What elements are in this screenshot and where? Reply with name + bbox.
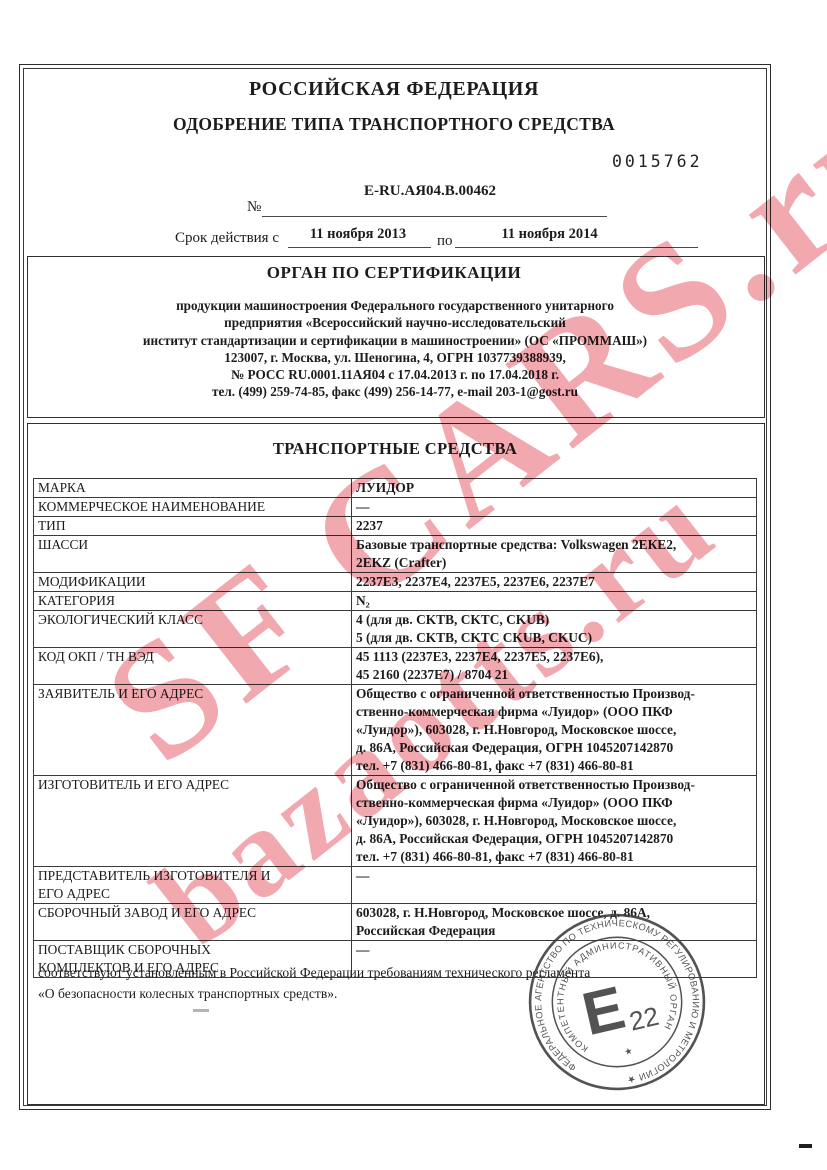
certification-body-line: тел. (499) 259-74-85, факс (499) 256-14-… xyxy=(40,383,750,400)
row-label: СБОРОЧНЫЙ ЗАВОД И ЕГО АДРЕС xyxy=(34,904,352,941)
table-row: КАТЕГОРИЯN₂ xyxy=(34,592,757,611)
validity-from-underline xyxy=(288,247,431,248)
table-row: МАРКАЛУИДОР xyxy=(34,479,757,498)
row-label: КОММЕРЧЕСКОЕ НАИМЕНОВАНИЕ xyxy=(34,498,352,517)
row-label: ШАССИ xyxy=(34,536,352,573)
scan-artifact-mark xyxy=(799,1144,812,1148)
country-title: РОССИЙСКАЯ ФЕДЕРАЦИЯ xyxy=(19,78,769,101)
table-row: КОММЕРЧЕСКОЕ НАИМЕНОВАНИЕ— xyxy=(34,498,757,517)
approval-number-label: № xyxy=(247,199,261,216)
vehicles-section-title: ТРАНСПОРТНЫЕ СРЕДСТВА xyxy=(27,439,763,459)
document-title: ОДОБРЕНИЕ ТИПА ТРАНСПОРТНОГО СРЕДСТВА xyxy=(19,114,769,135)
scan-artifact-dash xyxy=(193,1009,209,1012)
row-value: 4 (для дв. CKTB, CKTC, CKUB) 5 (для дв. … xyxy=(352,611,757,648)
row-value: Базовые транспортные средства: Volkswage… xyxy=(352,536,757,573)
certification-body-line: институт стандартизации и сертификации в… xyxy=(40,332,750,349)
table-row: МОДИФИКАЦИИ2237Е3, 2237Е4, 2237Е5, 2237Е… xyxy=(34,573,757,592)
table-row: КОД ОКП / ТН ВЭД45 1113 (2237Е3, 2237Е4,… xyxy=(34,648,757,685)
certification-body-line: № РОСС RU.0001.11АЯ04 с 17.04.2013 г. по… xyxy=(40,366,750,383)
certification-body-title: ОРГАН ПО СЕРТИФИКАЦИИ xyxy=(19,263,769,283)
row-label: КОД ОКП / ТН ВЭД xyxy=(34,648,352,685)
row-label: ИЗГОТОВИТЕЛЬ И ЕГО АДРЕС xyxy=(34,776,352,867)
row-label: ЗАЯВИТЕЛЬ И ЕГО АДРЕС xyxy=(34,685,352,776)
approval-number-value: E-RU.АЯ04.В.00462 xyxy=(255,183,605,200)
stamp-e-mark-number: 22 xyxy=(627,1001,662,1037)
row-label: ЭКОЛОГИЧЕСКИЙ КЛАСС xyxy=(34,611,352,648)
table-row: ТИП2237 xyxy=(34,517,757,536)
stamp-e-mark-letter: E xyxy=(576,973,631,1048)
row-label: МОДИФИКАЦИИ xyxy=(34,573,352,592)
form-serial-number: 0015762 xyxy=(612,152,703,171)
row-value: ЛУИДОР xyxy=(352,479,757,498)
table-row: ЗАЯВИТЕЛЬ И ЕГО АДРЕСОбщество с ограниче… xyxy=(34,685,757,776)
table-row: ИЗГОТОВИТЕЛЬ И ЕГО АДРЕСОбщество с огран… xyxy=(34,776,757,867)
validity-to-underline xyxy=(455,247,698,248)
validity-to-label: по xyxy=(437,233,453,250)
row-value: 2237Е3, 2237Е4, 2237Е5, 2237Е6, 2237Е7 xyxy=(352,573,757,592)
row-value: 2237 xyxy=(352,517,757,536)
validity-from-date: 11 ноября 2013 xyxy=(288,226,428,243)
stamp-bottom-star: ★ xyxy=(623,1045,633,1057)
approval-number-underline xyxy=(262,216,607,217)
row-value: — xyxy=(352,867,757,904)
row-label: ТИП xyxy=(34,517,352,536)
approval-document-page: РОССИЙСКАЯ ФЕДЕРАЦИЯ ОДОБРЕНИЕ ТИПА ТРАН… xyxy=(0,0,827,1170)
row-value: Общество с ограниченной ответственностью… xyxy=(352,776,757,867)
table-row: ЭКОЛОГИЧЕСКИЙ КЛАСС4 (для дв. CKTB, CKTC… xyxy=(34,611,757,648)
validity-label: Срок действия с xyxy=(175,230,279,247)
validity-to-date: 11 ноября 2014 xyxy=(462,226,637,243)
row-value: N₂ xyxy=(352,592,757,611)
certification-body-line: 123007, г. Москва, ул. Шеногина, 4, ОГРН… xyxy=(40,349,750,366)
row-label: ПРЕДСТАВИТЕЛЬ ИЗГОТОВИТЕЛЯ И ЕГО АДРЕС xyxy=(34,867,352,904)
row-label: МАРКА xyxy=(34,479,352,498)
row-value: — xyxy=(352,498,757,517)
certification-body-line: предприятия «Всероссийский научно-исслед… xyxy=(40,314,750,331)
table-row: ШАССИБазовые транспортные средства: Volk… xyxy=(34,536,757,573)
row-label: КАТЕГОРИЯ xyxy=(34,592,352,611)
row-value: 45 1113 (2237Е3, 2237Е4, 2237Е5, 2237Е6)… xyxy=(352,648,757,685)
certification-body-details: продукции машиностроения Федерального го… xyxy=(40,297,750,401)
certification-body-line: продукции машиностроения Федерального го… xyxy=(40,297,750,314)
row-value: Общество с ограниченной ответственностью… xyxy=(352,685,757,776)
